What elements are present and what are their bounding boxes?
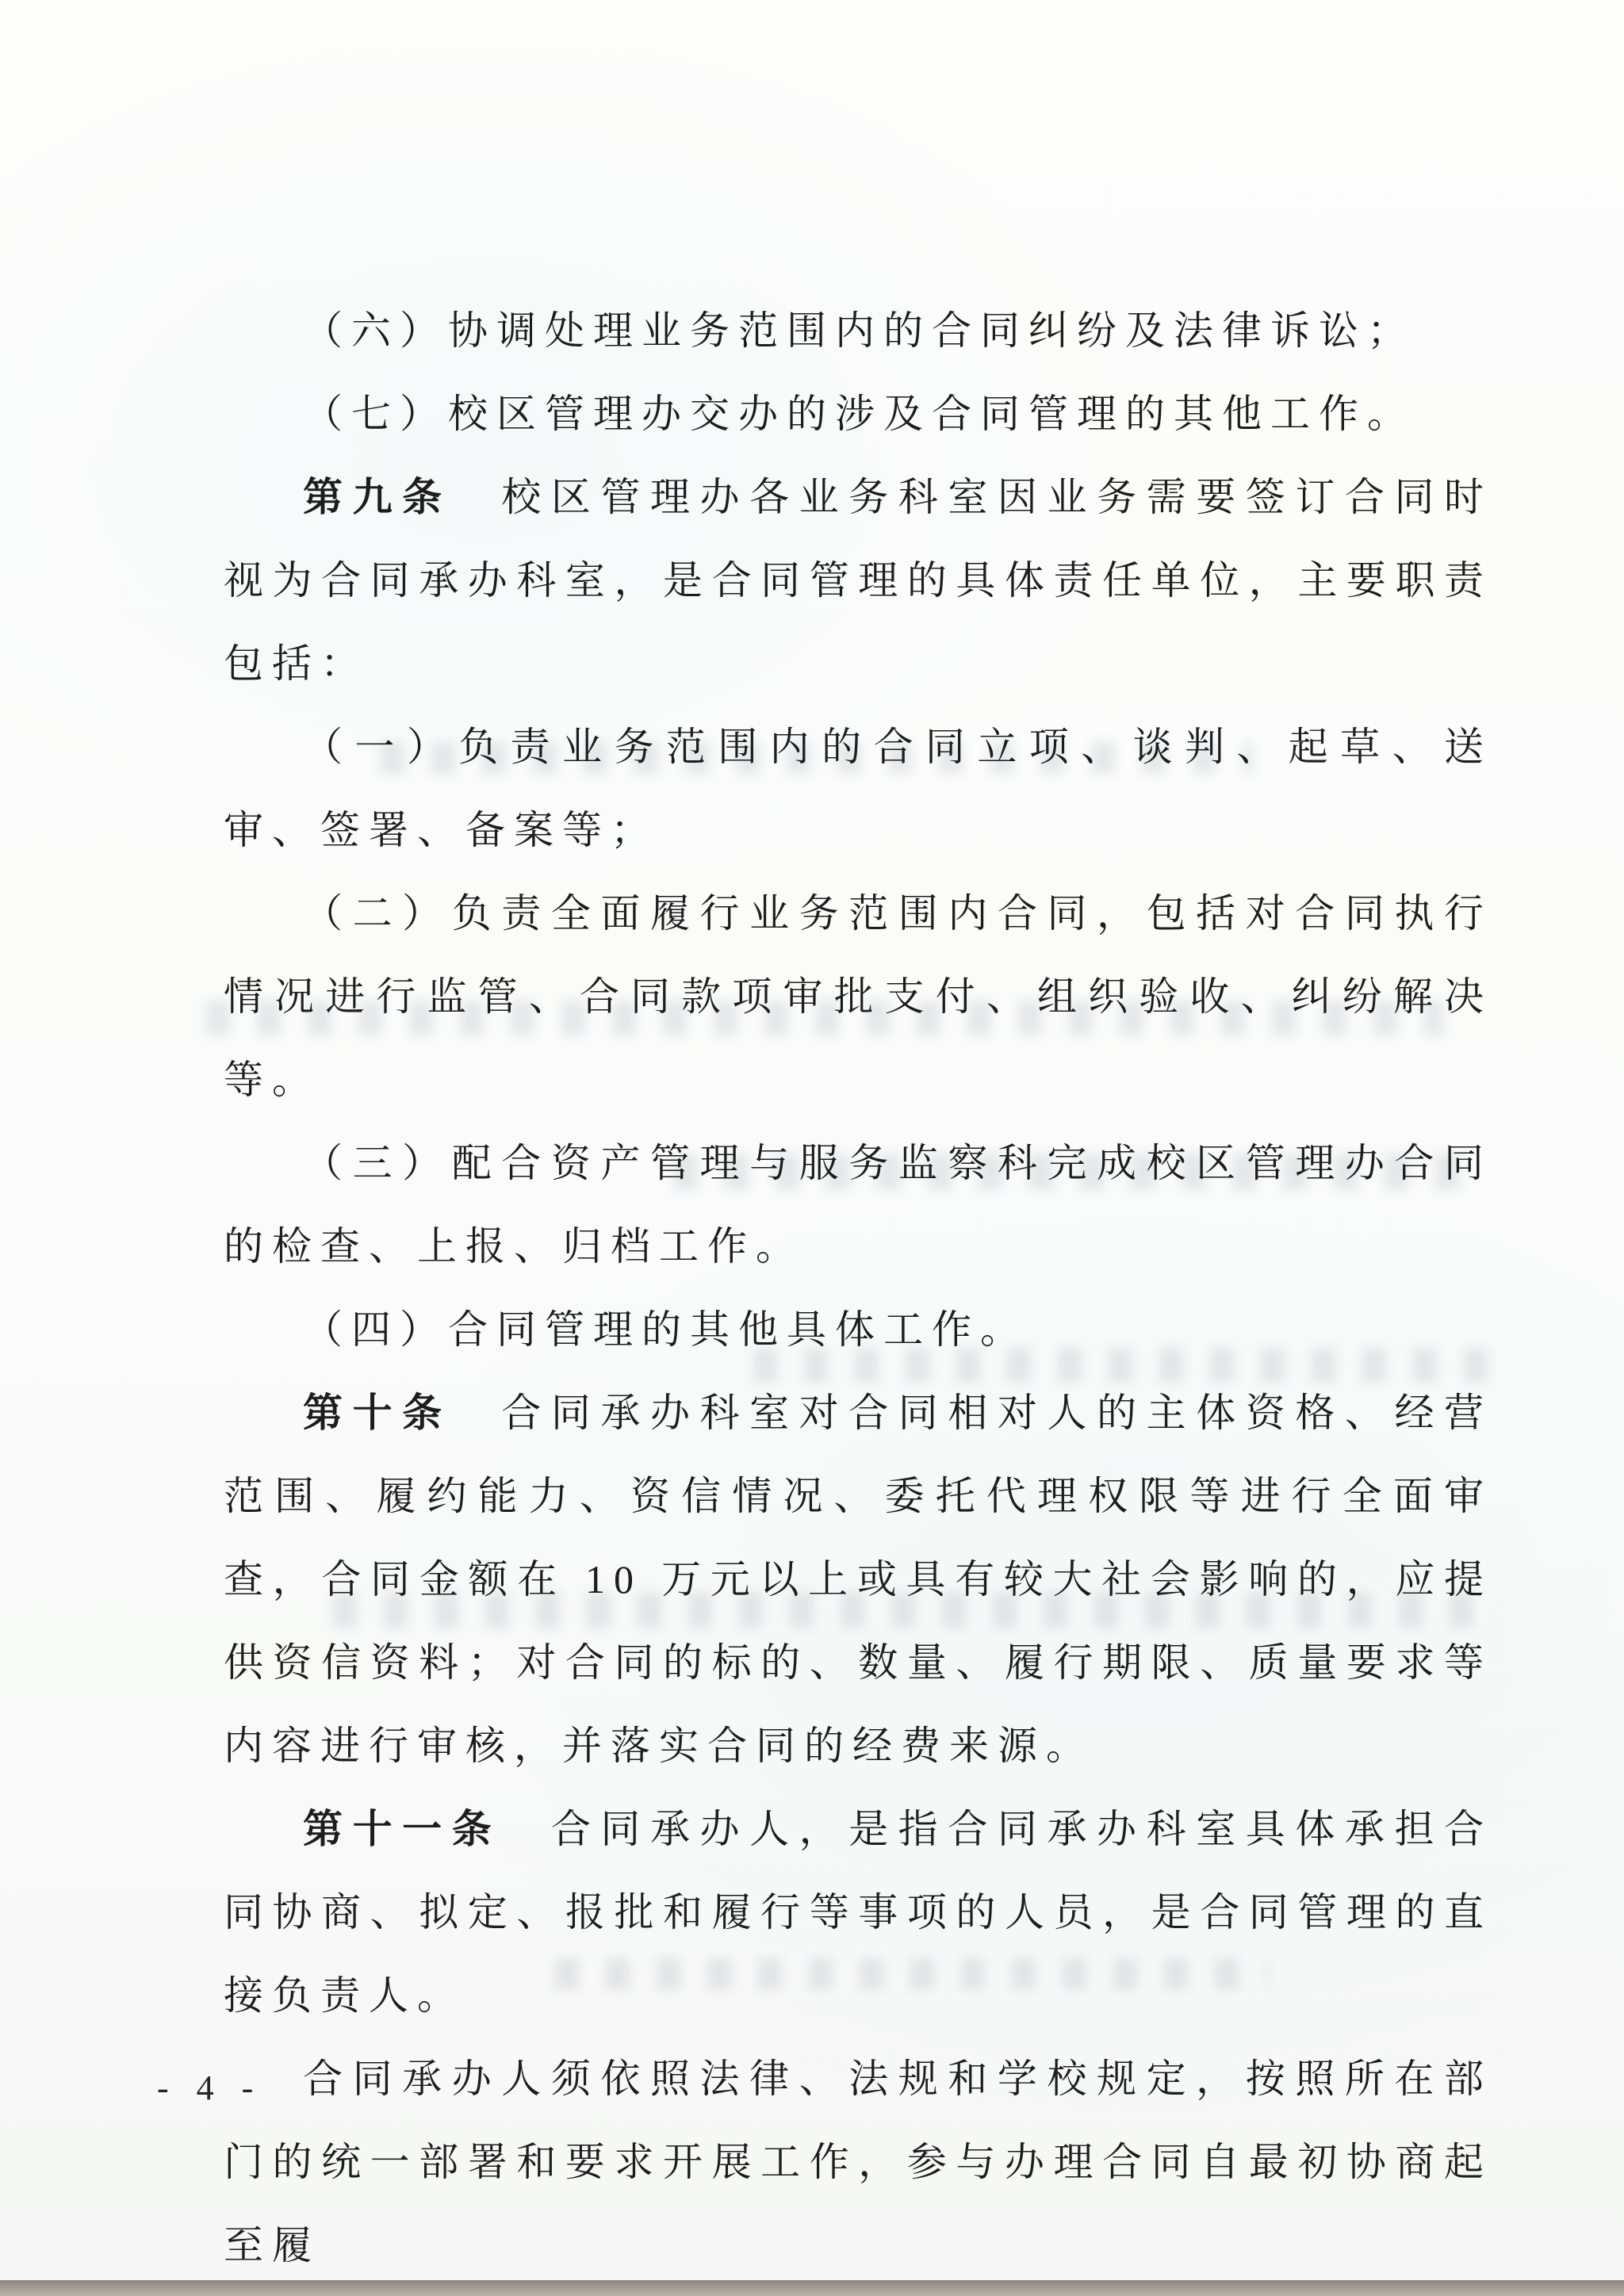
paragraph: 合同承办人须依照法律、法规和学校规定，按照所在部门的统一部署和要求开展工作，参与…: [224, 2038, 1492, 2287]
paragraph: （七）校区管理办交办的涉及合同管理的其他工作。: [224, 373, 1492, 456]
paragraph: （四）合同管理的其他具体工作。: [224, 1288, 1492, 1372]
article-number: 第九条: [303, 475, 452, 519]
paragraph: 第十一条 合同承办人，是指合同承办科室具体承担合同协商、拟定、报批和履行等事项的…: [224, 1788, 1492, 2038]
article-number: 第十条: [303, 1391, 452, 1435]
paragraph: （二）负责全面履行业务范围内合同，包括对合同执行情况进行监管、合同款项审批支付、…: [224, 872, 1492, 1122]
page-number: - 4 -: [157, 2068, 262, 2108]
paragraph: 第九条 校区管理办各业务科室因业务需要签订合同时视为合同承办科室，是合同管理的具…: [224, 456, 1492, 706]
scanned-document-page: （六）协调处理业务范围内的合同纠纷及法律诉讼；（七）校区管理办交办的涉及合同管理…: [0, 0, 1624, 2296]
document-body: （六）协调处理业务范围内的合同纠纷及法律诉讼；（七）校区管理办交办的涉及合同管理…: [224, 289, 1492, 2287]
paragraph: （三）配合资产管理与服务监察科完成校区管理办合同的检查、上报、归档工作。: [224, 1122, 1492, 1288]
paragraph: 第十条 合同承办科室对合同相对人的主体资格、经营范围、履约能力、资信情况、委托代…: [224, 1372, 1492, 1788]
article-number: 第十一条: [303, 1807, 501, 1851]
paragraph: （六）协调处理业务范围内的合同纠纷及法律诉讼；: [224, 289, 1492, 373]
paragraph: （一）负责业务范围内的合同立项、谈判、起草、送审、签署、备案等；: [224, 706, 1492, 872]
scan-edge-bar: [0, 2280, 1624, 2296]
